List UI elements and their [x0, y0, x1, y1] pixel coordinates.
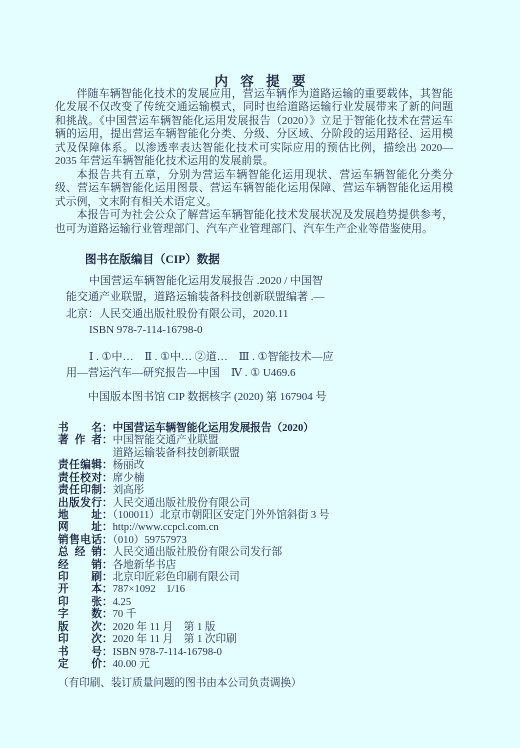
- colophon-colon: ：: [102, 485, 113, 496]
- cip-record-block: 中国营运车辆智能化运用发展报告 .2020 / 中国智 能交通产业联盟，道路运输…: [66, 273, 426, 338]
- colophon-label: 经销: [58, 560, 102, 572]
- colophon-label: 出版发行: [58, 498, 102, 510]
- colophon-row: 版次：2020 年 11 月 第 1 版: [58, 622, 488, 634]
- colophon-value: 刘高彤: [113, 485, 145, 496]
- colophon-label: 总经销: [58, 547, 102, 559]
- colophon-value: 2020 年 11 月 第 1 次印刷: [113, 634, 237, 645]
- colophon-colon: ：: [102, 535, 113, 546]
- colophon-label: 书名: [58, 423, 102, 435]
- cip-record-line: 中国营运车辆智能化运用发展报告 .2020 / 中国智: [66, 273, 426, 289]
- colophon-label: 定价: [58, 659, 102, 671]
- colophon-label: 版次: [58, 622, 102, 634]
- colophon-row: 著作者：中国智能交通产业联盟: [58, 435, 488, 447]
- colophon-colon: ：: [102, 498, 113, 509]
- colophon-colon: ：: [102, 597, 113, 608]
- colophon-label: 书号: [58, 647, 102, 659]
- colophon-colon: ：: [102, 622, 113, 633]
- colophon-value: （100011）北京市朝阳区安定门外外馆斜街 3 号: [113, 510, 330, 521]
- colophon-label: 责任印制: [58, 485, 102, 497]
- colophon-label: 责任校对: [58, 473, 102, 485]
- colophon-colon: ：: [102, 634, 113, 645]
- cip-section-title: 图书在版编目（CIP）数据: [85, 251, 220, 267]
- colophon-colon: ：: [102, 547, 113, 558]
- colophon-row: 经销：各地新华书店: [58, 560, 488, 572]
- colophon-value: 70 千: [113, 609, 137, 620]
- summary-paragraph: 本报告可为社会公众了解营运车辆智能化技术发展状况及发展趋势提供参考，也可为道路运…: [55, 209, 453, 236]
- colophon-label: 开本: [58, 584, 102, 596]
- colophon-row: 出版发行：人民交通出版社股份有限公司: [58, 498, 488, 510]
- colophon-label: 地址: [58, 510, 102, 522]
- copyright-page: 内 容 提 要 伴随车辆智能化技术的发展应用，营运车辆作为道路运输的重要载体，其…: [0, 0, 520, 748]
- colophon-row: 书名：中国营运车辆智能化运用发展报告（2020）: [58, 423, 488, 435]
- cip-record-line: 能交通产业联盟，道路运输装备科技创新联盟编著 .—: [66, 289, 426, 305]
- colophon-value: 40.00 元: [113, 659, 150, 670]
- colophon-colon: ：: [102, 647, 113, 658]
- colophon-label: 著作者: [58, 435, 102, 447]
- colophon-value: 各地新华书店: [113, 560, 177, 571]
- colophon-row: 书号：ISBN 978-7-114-16798-0: [58, 647, 488, 659]
- colophon-label: 印刷: [58, 572, 102, 584]
- colophon-colon: ：: [102, 510, 113, 521]
- colophon-value: 人民交通出版社股份有限公司: [113, 498, 251, 509]
- colophon-colon: ：: [102, 473, 113, 484]
- colophon-row: 责任校对：席少楠: [58, 473, 488, 485]
- colophon-label: 销售电话: [58, 535, 102, 547]
- colophon-value: http://www.ccpcl.com.cn: [113, 522, 219, 533]
- quality-notice: （有印刷、装订质量问题的图书由本公司负责调换）: [58, 675, 302, 690]
- summary-paragraph: 伴随车辆智能化技术的发展应用，营运车辆作为道路运输的重要载体，其智能化发展不仅改…: [55, 88, 453, 169]
- content-summary-title: 内 容 提 要: [0, 70, 520, 90]
- colophon-value: ISBN 978-7-114-16798-0: [113, 647, 222, 658]
- colophon: 书名：中国营运车辆智能化运用发展报告（2020） 著作者：中国智能交通产业联盟 …: [58, 423, 488, 671]
- colophon-row: ：道路运输装备科技创新联盟: [58, 448, 488, 460]
- colophon-value: 4.25: [113, 597, 132, 608]
- cip-record-line: ISBN 978-7-114-16798-0: [66, 322, 426, 338]
- colophon-label: 印张: [58, 597, 102, 609]
- colophon-row: 印刷：北京印匠彩色印刷有限公司: [58, 572, 488, 584]
- colophon-row: 字数：70 千: [58, 609, 488, 621]
- colophon-row: 总经销：人民交通出版社股份有限公司发行部: [58, 547, 488, 559]
- colophon-colon: ：: [102, 659, 113, 670]
- cip-classification-line: Ⅰ . ①中… Ⅱ . ①中… ②道… Ⅲ . ①智能技术—应: [66, 349, 426, 365]
- colophon-value: 2020 年 11 月 第 1 版: [113, 622, 216, 633]
- colophon-row: 印张：4.25: [58, 597, 488, 609]
- cip-classification-block: Ⅰ . ①中… Ⅱ . ①中… ②道… Ⅲ . ①智能技术—应 用—营运汽车—研…: [66, 349, 426, 382]
- colophon-row: 销售电话：（010）59757973: [58, 535, 488, 547]
- colophon-row: 印次：2020 年 11 月 第 1 次印刷: [58, 634, 488, 646]
- colophon-colon: ：: [102, 423, 113, 434]
- colophon-value: 席少楠: [113, 473, 145, 484]
- colophon-row: 定价：40.00 元: [58, 659, 488, 671]
- cip-registry-number: 中国版本图书馆 CIP 数据核字 (2020) 第 167904 号: [88, 388, 327, 404]
- colophon-value: 道路运输装备科技创新联盟: [113, 448, 240, 459]
- colophon-value: 北京印匠彩色印刷有限公司: [113, 572, 240, 583]
- cip-classification-line: 用—营运汽车—研究报告—中国 Ⅳ . ① U469.6: [66, 365, 426, 381]
- colophon-row: 责任编辑：杨丽改: [58, 460, 488, 472]
- colophon-value: 杨丽改: [113, 460, 145, 471]
- summary-paragraph: 本报告共有五章，分别为营运车辆智能化运用现状、营运车辆智能化分类分级、营运车辆智…: [55, 169, 453, 209]
- colophon-value: 中国智能交通产业联盟: [113, 435, 219, 446]
- colophon-label: 网址: [58, 522, 102, 534]
- colophon-value: 中国营运车辆智能化运用发展报告（2020）: [113, 423, 314, 434]
- colophon-row: 地址：（100011）北京市朝阳区安定门外外馆斜街 3 号: [58, 510, 488, 522]
- colophon-value: 787×1092 1/16: [113, 584, 185, 595]
- colophon-row: 责任印制：刘高彤: [58, 485, 488, 497]
- colophon-colon: ：: [102, 572, 113, 583]
- colophon-value: （010）59757973: [113, 535, 187, 546]
- colophon-colon: ：: [102, 560, 113, 571]
- colophon-row: 开本：787×1092 1/16: [58, 584, 488, 596]
- colophon-value: 人民交通出版社股份有限公司发行部: [113, 547, 283, 558]
- colophon-colon: ：: [102, 609, 113, 620]
- colophon-colon: ：: [102, 584, 113, 595]
- colophon-colon: ：: [102, 522, 113, 533]
- colophon-row: 网址：http://www.ccpcl.com.cn: [58, 522, 488, 534]
- colophon-label: 责任编辑: [58, 460, 102, 472]
- cip-record-line: 北京：人民交通出版社股份有限公司，2020.11: [66, 306, 426, 322]
- content-summary: 伴随车辆智能化技术的发展应用，营运车辆作为道路运输的重要载体，其智能化发展不仅改…: [55, 88, 453, 236]
- colophon-label: 字数: [58, 609, 102, 621]
- colophon-colon: ：: [102, 460, 113, 471]
- colophon-colon: ：: [102, 435, 113, 446]
- colophon-label: 印次: [58, 634, 102, 646]
